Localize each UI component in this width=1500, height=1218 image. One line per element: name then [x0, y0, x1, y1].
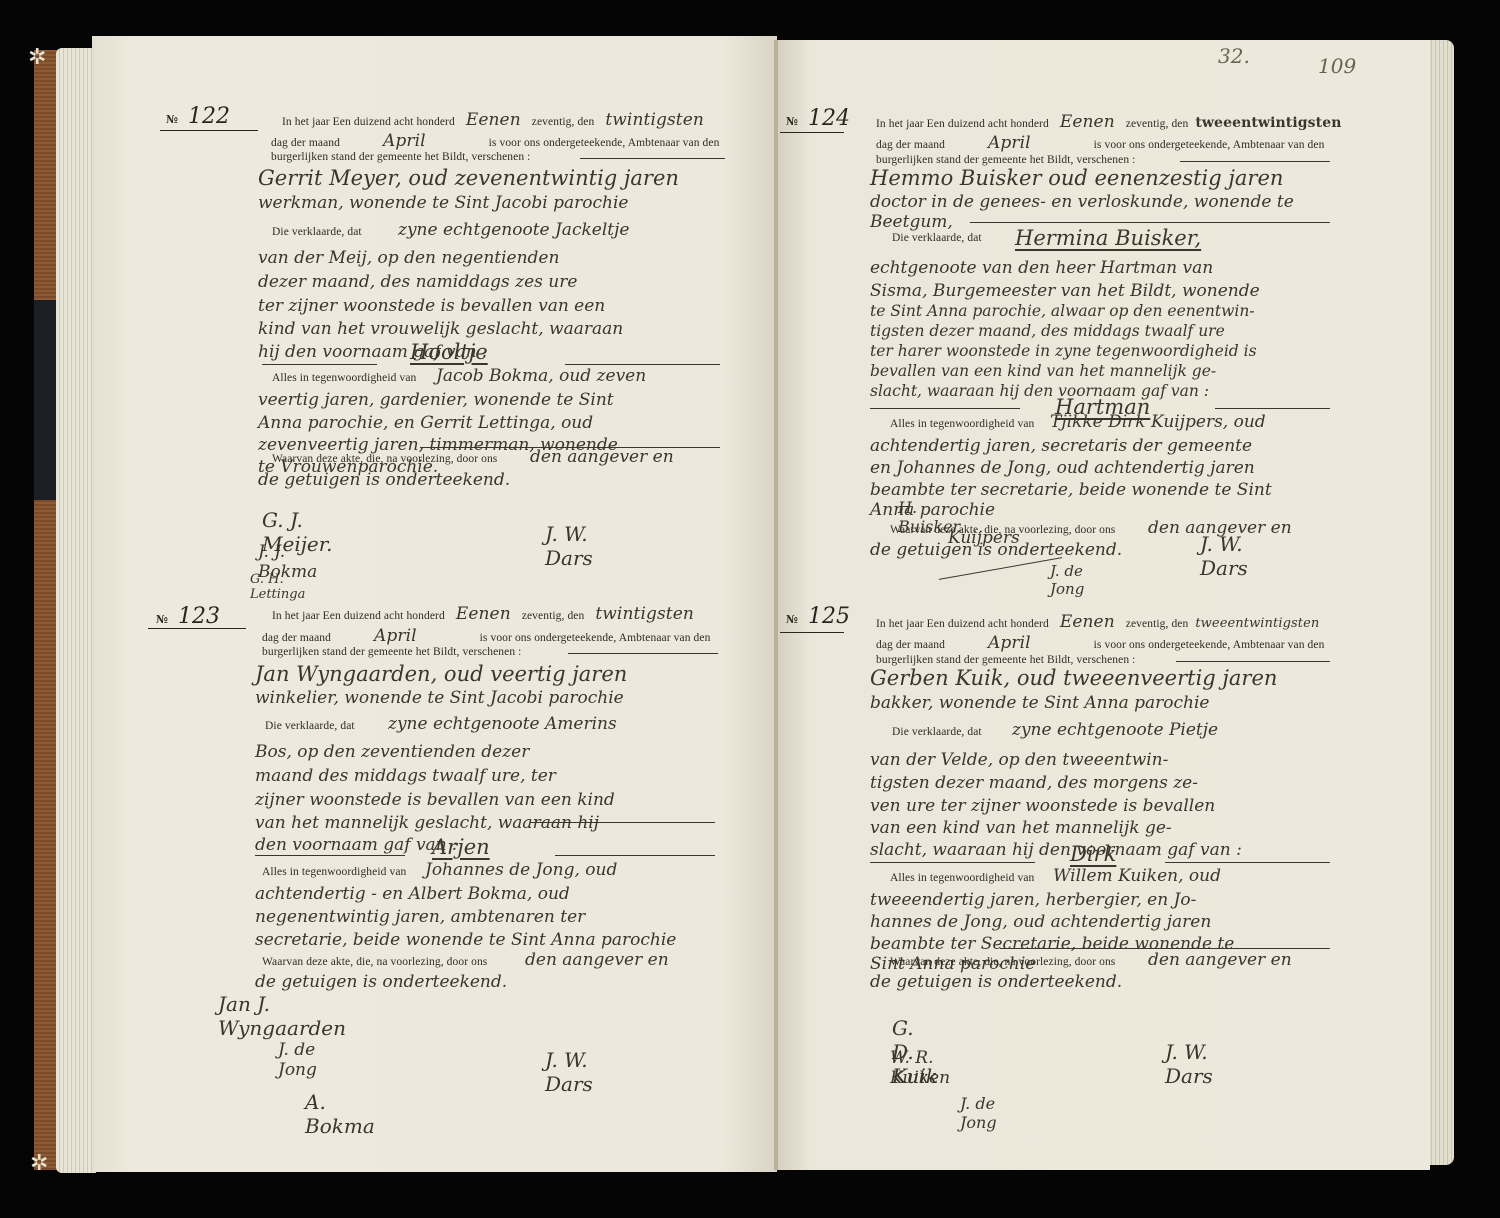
printed-tegenwoordigheid: Alles in tegenwoordigheid van [262, 866, 406, 878]
closing-line: de getuigen is onderteekend. [870, 972, 1122, 992]
entry-number-underline [148, 628, 246, 629]
witness-line: en Johannes de Jong, oud achtendertig ja… [870, 458, 1255, 478]
statement-line: zyne echtgenoote Pietje [1012, 720, 1218, 740]
witness-line: Anna parochie, en Gerrit Lettinga, oud [258, 413, 593, 433]
rule [1000, 948, 1330, 949]
statement-line: zyne echtgenoote Amerins [388, 714, 617, 734]
year-word: Eenen [456, 604, 511, 624]
declarant-residence: Beetgum, [870, 212, 953, 232]
signature-official: J. W. Dars [1200, 532, 1248, 580]
day-word: tweeentwintigsten [1195, 616, 1319, 631]
statement-line: maand des middags twaalf ure, ter [255, 766, 556, 786]
statement-line: van het mannelijk geslacht, waaraan hij [255, 813, 599, 833]
rule [262, 364, 377, 365]
closing-line: de getuigen is onderteekend. [255, 972, 507, 992]
month-word: April [988, 133, 1031, 153]
printed-line-1: In het jaar Een duizend acht honderd Een… [876, 612, 1319, 632]
entry-number-underline [160, 130, 258, 131]
printed-line-2: dag der maand April is voor ons onderget… [876, 133, 1324, 153]
rule [568, 653, 718, 654]
printed-verklaarde: Die verklaarde, dat [272, 226, 362, 238]
printed-waarvan: Waarvan deze akte, die, na voorlezing, d… [272, 453, 497, 465]
statement-line: kind van het vrouwelijk geslacht, waaraa… [258, 319, 623, 339]
signature-declarant: Jan J. Wyngaarden [218, 992, 346, 1040]
witness-line: negenentwintig jaren, ambtenaren ter [255, 907, 585, 927]
signature-official: J. W. Dars [1165, 1040, 1213, 1088]
printed-line-1: In het jaar Een duizend acht honderd Een… [272, 604, 694, 624]
binding-thread-top: ✲ [28, 44, 46, 70]
printed-line-3: burgerlijken stand der gemeente het Bild… [876, 154, 1135, 166]
declarant-occupation: winkelier, wonende te Sint Jacobi paroch… [255, 688, 624, 708]
printed-verklaarde: Die verklaarde, dat [265, 720, 355, 732]
declarant-name: Gerrit Meyer [258, 166, 395, 190]
closing-line: den aangever en [525, 950, 669, 970]
statement-line: te Sint Anna parochie, alwaar op den een… [870, 302, 1255, 320]
entry-number-underline [780, 132, 844, 133]
statement-line: tigsten dezer maand, des middags twaalf … [870, 322, 1225, 340]
printed-line-1: In het jaar Een duizend acht honderd Een… [282, 110, 704, 130]
witness-line: tweeendertig jaren, herbergier, en Jo- [870, 890, 1196, 910]
declarant-occupation: bakker, wonende te Sint Anna parochie [870, 693, 1209, 713]
signature-witness-2: G. H. Lettinga [250, 572, 305, 602]
printed-tegenwoordigheid: Alles in tegenwoordigheid van [890, 418, 1034, 430]
witness-line: beambte ter secretarie, beide wonende te… [870, 480, 1272, 500]
declarant-name: Jan Wyngaarden [255, 662, 431, 686]
book-spine-patch [34, 300, 58, 500]
printed-line-2: dag der maand April is voor ons onderget… [262, 626, 710, 646]
rule [255, 855, 405, 856]
folio-mark-right: 109 [1318, 54, 1356, 78]
printed-line-3: burgerlijken stand der gemeente het Bild… [271, 151, 530, 163]
statement-line: den voornaam gaf van : [255, 835, 458, 855]
year-word: Eenen [1060, 612, 1115, 632]
printed-line-2: dag der maand April is voor ons onderget… [271, 131, 719, 151]
declarant-line: Gerrit Meyer, oud zevenentwintig jaren [258, 166, 679, 190]
witness-line: hannes de Jong, oud achtendertig jaren [870, 912, 1211, 932]
rule [1180, 161, 1330, 162]
entry-number: №124 [786, 106, 850, 131]
rule [555, 855, 715, 856]
printed-line-3: burgerlijken stand der gemeente het Bild… [876, 654, 1135, 666]
declarant-occupation: doctor in de genees- en verloskunde, won… [870, 192, 1294, 212]
declarant-name: Hemmo Buisker [870, 166, 1042, 190]
folio-mark-left: 32. [1218, 44, 1250, 68]
declarant-line: Hemmo Buisker oud eenenzestig jaren [870, 166, 1283, 190]
child-name: Hooltje [410, 340, 488, 364]
rule [1215, 408, 1330, 409]
closing-line: den aangever en [1148, 950, 1292, 970]
child-name: Arjen [432, 835, 490, 859]
signature-witness-1: W. R. Kuiken [890, 1048, 950, 1088]
day-word: tweeentwintigsten [1195, 115, 1341, 131]
printed-line-2: dag der maand April is voor ons onderget… [876, 633, 1324, 653]
year-word: Eenen [1060, 112, 1115, 132]
statement-line: Bos, op den zeventienden dezer [255, 742, 529, 762]
declarant-name: Gerben Kuik [870, 666, 1004, 690]
month-word: April [988, 633, 1031, 653]
printed-tegenwoordigheid: Alles in tegenwoordigheid van [890, 872, 1034, 884]
rule [1165, 862, 1330, 863]
entry-number: №123 [156, 604, 220, 629]
day-word: twintigsten [595, 604, 694, 624]
statement-line: Hermina Buisker, [1015, 226, 1201, 250]
binding-thread-bottom: ✲ [30, 1150, 48, 1176]
signature-witness-2: J. de Jong [1050, 562, 1084, 598]
child-name: Dirk [1070, 842, 1116, 866]
statement-line: van een kind van het mannelijk ge- [870, 818, 1172, 838]
signature-witness-1: Kuijpers [948, 528, 1020, 548]
witness-line: Johannes de Jong, oud [425, 860, 617, 880]
day-word: twintigsten [605, 110, 704, 130]
printed-verklaarde: Die verklaarde, dat [892, 232, 982, 244]
closing-line: de getuigen is onderteekend. [258, 470, 510, 490]
rule [565, 364, 720, 365]
year-word: Eenen [466, 110, 521, 130]
statement-line: zyne echtgenoote Jackeltje [398, 220, 629, 240]
entry-number: №125 [786, 604, 850, 629]
statement-line: tigsten dezer maand, des morgens ze- [870, 773, 1198, 793]
statement-line: slacht, waaraan hij den voornaam gaf van… [870, 382, 1209, 400]
signature-official: J. W. Dars [545, 522, 593, 570]
witness-line: Willem Kuiken, oud [1053, 866, 1221, 886]
signature-witness-2: A. Bokma [305, 1090, 375, 1138]
book-spine-cloth [34, 50, 58, 1170]
statement-line: van der Velde, op den tweeentwin- [870, 750, 1168, 770]
page-edges-right [1428, 40, 1454, 1165]
rule [580, 158, 725, 159]
printed-line-1: In het jaar Een duizend acht honderd Een… [876, 112, 1342, 132]
statement-line: slacht, waaraan hij den voornaam gaf van… [870, 840, 1242, 860]
month-word: April [383, 131, 426, 151]
page-edges-left [56, 48, 96, 1173]
rule [870, 408, 1020, 409]
statement-line: ven ure ter zijner woonstede is bevallen [870, 796, 1215, 816]
witness-line: secretarie, beide wonende te Sint Anna p… [255, 930, 676, 950]
declarant-occupation: werkman, wonende te Sint Jacobi parochie [258, 193, 628, 213]
rule [870, 862, 1035, 863]
signature-witness-2: J. de Jong [960, 1094, 997, 1132]
statement-line: Sisma, Burgemeester van het Bildt, wonen… [870, 281, 1260, 301]
witness-line: veertig jaren, gardenier, wonende te Sin… [258, 390, 614, 410]
entry-number-underline [780, 632, 844, 633]
statement-line: ter zijner woonstede is bevallen van een [258, 296, 605, 316]
statement-line: van der Meij, op den negentienden [258, 248, 559, 268]
closing-line: den aangever en [530, 447, 674, 467]
declarant-line: Jan Wyngaarden, oud veertig jaren [255, 662, 627, 686]
signature-official: J. W. Dars [545, 1048, 593, 1096]
witness-line: achtendertig - en Albert Bokma, oud [255, 884, 570, 904]
rule [530, 822, 715, 823]
statement-line: echtgenoote van den heer Hartman van [870, 258, 1213, 278]
printed-tegenwoordigheid: Alles in tegenwoordigheid van [272, 372, 416, 384]
witness-line: achtendertig jaren, secretaris der gemee… [870, 436, 1252, 456]
printed-line-3: burgerlijken stand der gemeente het Bild… [262, 646, 521, 658]
witness-line: Tjikke Dirk Kuijpers, oud [1050, 412, 1266, 432]
declarant-line: Gerben Kuik, oud tweeenveertig jaren [870, 666, 1277, 690]
entry-number: №122 [166, 104, 230, 129]
statement-line: ter harer woonstede in zyne tegenwoordig… [870, 342, 1257, 360]
signature-witness-1: J. de Jong [278, 1040, 317, 1080]
rule [1176, 661, 1330, 662]
printed-waarvan: Waarvan deze akte, die, na voorlezing, d… [262, 956, 487, 968]
statement-line: zijner woonstede is bevallen van een kin… [255, 790, 615, 810]
statement-line: bevallen van een kind van het mannelijk … [870, 362, 1216, 380]
rule [970, 222, 1330, 223]
printed-waarvan: Waarvan deze akte, die, na voorlezing, d… [890, 956, 1115, 968]
month-word: April [374, 626, 417, 646]
witness-line: Jacob Bokma, oud zeven [436, 366, 646, 386]
printed-verklaarde: Die verklaarde, dat [892, 726, 982, 738]
statement-line: dezer maand, des namiddags zes ure [258, 272, 577, 292]
